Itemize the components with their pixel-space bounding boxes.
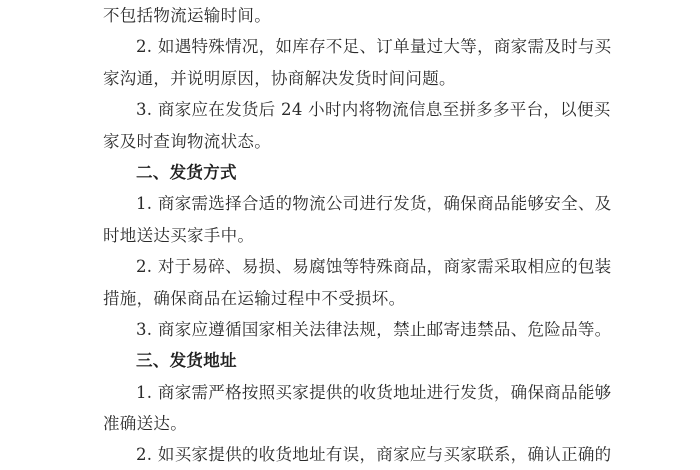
list-item-2-fragile-goods: 2. 对于易碎、易损、易腐蚀等特殊商品，商家需采取相应的包装 [103,251,593,282]
list-item-3-logistics-info: 3. 商家应在发货后 24 小时内将物流信息至拼多多平台，以便买 [103,94,593,125]
list-item-1-follow-address: 1. 商家需严格按照买家提供的收货地址进行发货，确保商品能够 [103,377,593,408]
section-heading-shipping-method: 二、发货方式 [103,157,593,188]
paragraph-line: 准确送达。 [103,408,593,439]
list-item-2-delivery-time: 2. 如遇特殊情况，如库存不足、订单量过大等，商家需及时与买 [103,31,593,62]
paragraph-line: 不包括物流运输时间。 [103,0,593,31]
paragraph-line: 家及时查询物流状态。 [103,126,593,157]
paragraph-line: 时地送达买家手中。 [103,220,593,251]
list-item-2-wrong-address: 2. 如买家提供的收货地址有误，商家应与买家联系，确认正确的 [103,439,593,470]
paragraph-line: 措施，确保商品在运输过程中不受损坏。 [103,283,593,314]
paragraph-line: 家沟通，并说明原因，协商解决发货时间问题。 [103,63,593,94]
list-item-3-legal-compliance: 3. 商家应遵循国家相关法律法规，禁止邮寄违禁品、危险品等。 [103,314,593,345]
document-page: 不包括物流运输时间。 2. 如遇特殊情况，如库存不足、订单量过大等，商家需及时与… [103,0,593,470]
list-item-1-logistics-company: 1. 商家需选择合适的物流公司进行发货，确保商品能够安全、及 [103,188,593,219]
section-heading-shipping-address: 三、发货地址 [103,345,593,376]
